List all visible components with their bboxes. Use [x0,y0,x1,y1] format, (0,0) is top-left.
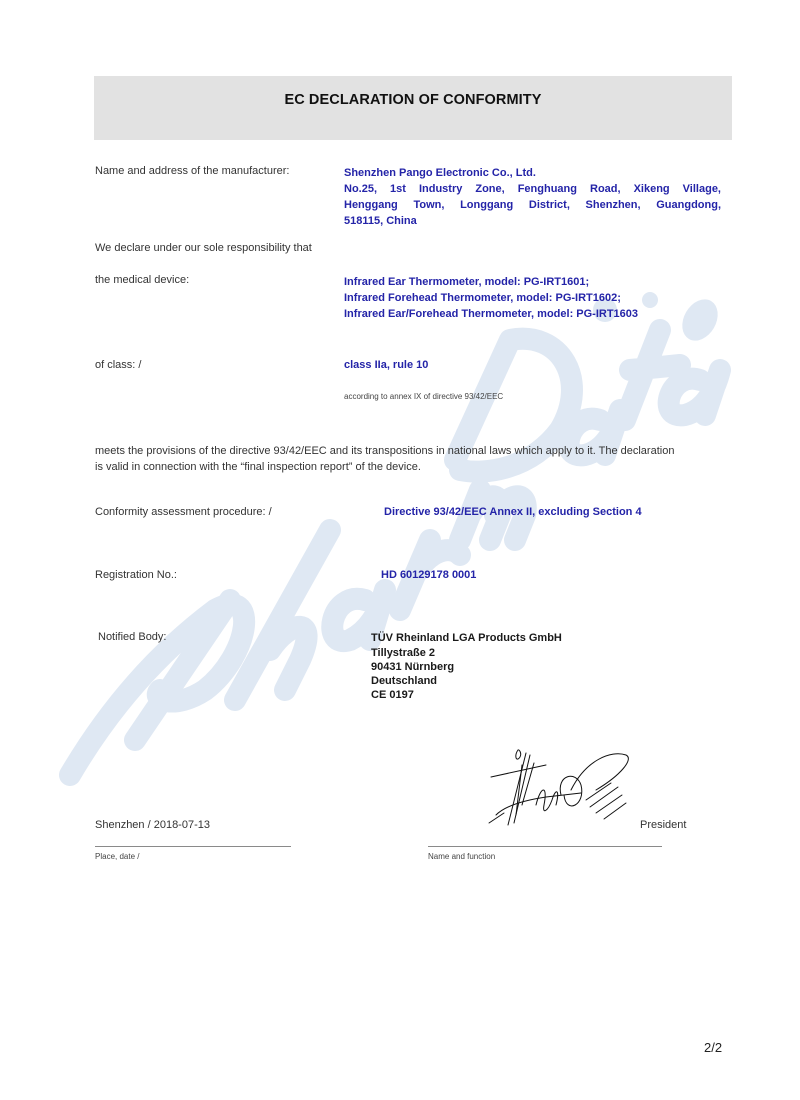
page-number: 2/2 [704,1040,722,1055]
device-model: Infrared Ear Thermometer, model: PG-IRT1… [344,274,638,290]
device-model: Infrared Ear/Forehead Thermometer, model… [344,306,638,322]
signature-icon [486,745,636,830]
place-date-caption: Place, date / [95,852,139,861]
notified-body-country: Deutschland [371,674,562,688]
registration-value: HD 60129178 0001 [381,569,476,581]
provisions-line: is valid in connection with the “final i… [95,459,735,475]
manufacturer-name: Shenzhen Pango Electronic Co., Ltd. [344,165,721,181]
header-band [94,76,732,140]
name-function-caption: Name and function [428,852,495,861]
document-title: EC DECLARATION OF CONFORMITY [94,92,732,108]
notified-body-street: Tillystraße 2 [371,646,562,660]
name-function-rule [428,846,662,847]
signatory-function: President [640,819,686,831]
device-label: the medical device: [95,274,189,286]
manufacturer-label: Name and address of the manufacturer: [95,165,289,177]
declaration-intro: We declare under our sole responsibility… [95,242,312,254]
manufacturer-address-line: Henggang Town, Longgang District, Shenzh… [344,197,721,213]
notified-body-block: TÜV Rheinland LGA Products GmbH Tillystr… [371,631,562,702]
provisions-paragraph: meets the provisions of the directive 93… [95,443,735,475]
manufacturer-address-line: No.25, 1st Industry Zone, Fenghuang Road… [344,181,721,197]
place-date-rule [95,846,291,847]
provisions-line: meets the provisions of the directive 93… [95,443,735,459]
manufacturer-block: Shenzhen Pango Electronic Co., Ltd. No.2… [344,165,721,229]
notified-body-city: 90431 Nürnberg [371,660,562,674]
conformity-label: Conformity assessment procedure: / [95,506,272,518]
notified-body-name: TÜV Rheinland LGA Products GmbH [371,631,562,646]
device-model: Infrared Forehead Thermometer, model: PG… [344,290,638,306]
class-note: according to annex IX of directive 93/42… [344,392,503,401]
class-value: class IIa, rule 10 [344,359,428,371]
notified-body-ce-number: CE 0197 [371,688,562,702]
notified-body-label: Notified Body: [98,631,166,643]
device-models: Infrared Ear Thermometer, model: PG-IRT1… [344,274,638,322]
place-date: Shenzhen / 2018-07-13 [95,819,210,831]
manufacturer-address-line: 518115, China [344,213,721,229]
registration-label: Registration No.: [95,569,177,581]
class-label: of class: / [95,359,141,371]
conformity-value: Directive 93/42/EEC Annex II, excluding … [384,506,642,518]
